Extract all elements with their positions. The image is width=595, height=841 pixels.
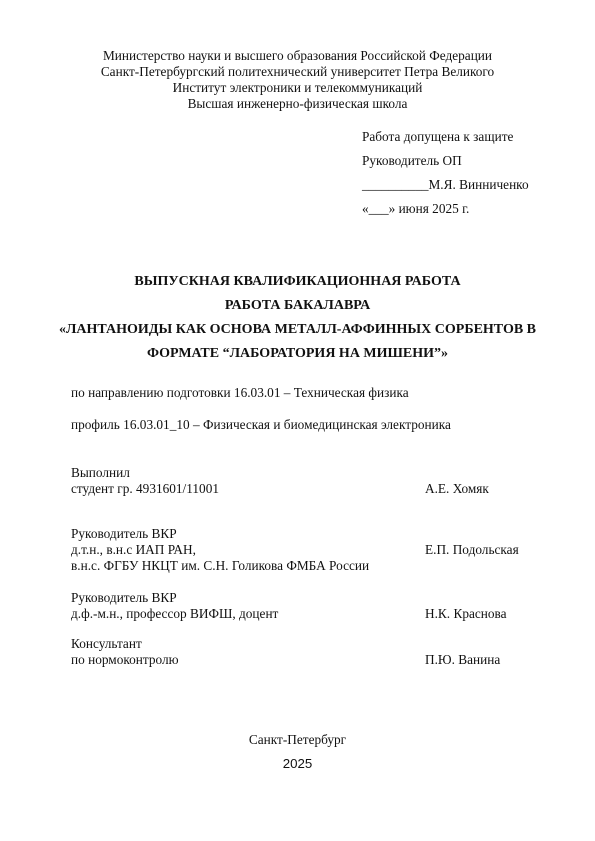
footer-city: Санкт-Петербург (0, 732, 595, 747)
consultant-role: Консультант (71, 636, 142, 651)
direction-line: по направлению подготовки 16.03.01 – Тех… (71, 385, 409, 400)
profile-line: профиль 16.03.01_10 – Физическая и биоме… (71, 417, 451, 432)
approval-line-admitted: Работа допущена к защите (362, 129, 513, 144)
approval-line-signature: __________М.Я. Винниченко (362, 177, 529, 192)
header-line-school: Высшая инженерно-физическая школа (0, 96, 595, 111)
footer-year: 2025 (0, 756, 595, 771)
consultant-name: П.Ю. Ванина (425, 652, 500, 667)
supervisor2-name: Н.К. Краснова (425, 606, 507, 621)
supervisor2-detail: д.ф.-м.н., профессор ВИФШ, доцент (71, 606, 278, 621)
supervisor1-role: Руководитель ВКР (71, 526, 177, 541)
supervisor1-detail-1: д.т.н., в.н.с ИАП РАН, (71, 542, 196, 557)
consultant-detail: по нормоконтролю (71, 652, 179, 667)
title-line-4: ФОРМАТЕ “ЛАБОРАТОРИЯ НА МИШЕНИ”» (0, 346, 595, 361)
approval-line-head: Руководитель ОП (362, 153, 462, 168)
author-detail: студент гр. 4931601/11001 (71, 481, 219, 496)
header-line-ministry: Министерство науки и высшего образования… (0, 48, 595, 63)
title-line-3: «ЛАНТАНОИДЫ КАК ОСНОВА МЕТАЛЛ-АФФИННЫХ С… (0, 322, 595, 337)
approval-line-date: «___» июня 2025 г. (362, 201, 469, 216)
author-name: А.Е. Хомяк (425, 481, 489, 496)
supervisor2-role: Руководитель ВКР (71, 590, 177, 605)
author-role: Выполнил (71, 465, 130, 480)
supervisor1-detail-2: в.н.с. ФГБУ НКЦТ им. С.Н. Голикова ФМБА … (71, 558, 369, 573)
header-line-institute: Институт электроники и телекоммуникаций (0, 80, 595, 95)
title-line-1: ВЫПУСКНАЯ КВАЛИФИКАЦИОННАЯ РАБОТА (0, 274, 595, 289)
header-line-university: Санкт-Петербургский политехнический унив… (0, 64, 595, 79)
supervisor1-name: Е.П. Подольская (425, 542, 519, 557)
title-line-2: РАБОТА БАКАЛАВРА (0, 298, 595, 313)
